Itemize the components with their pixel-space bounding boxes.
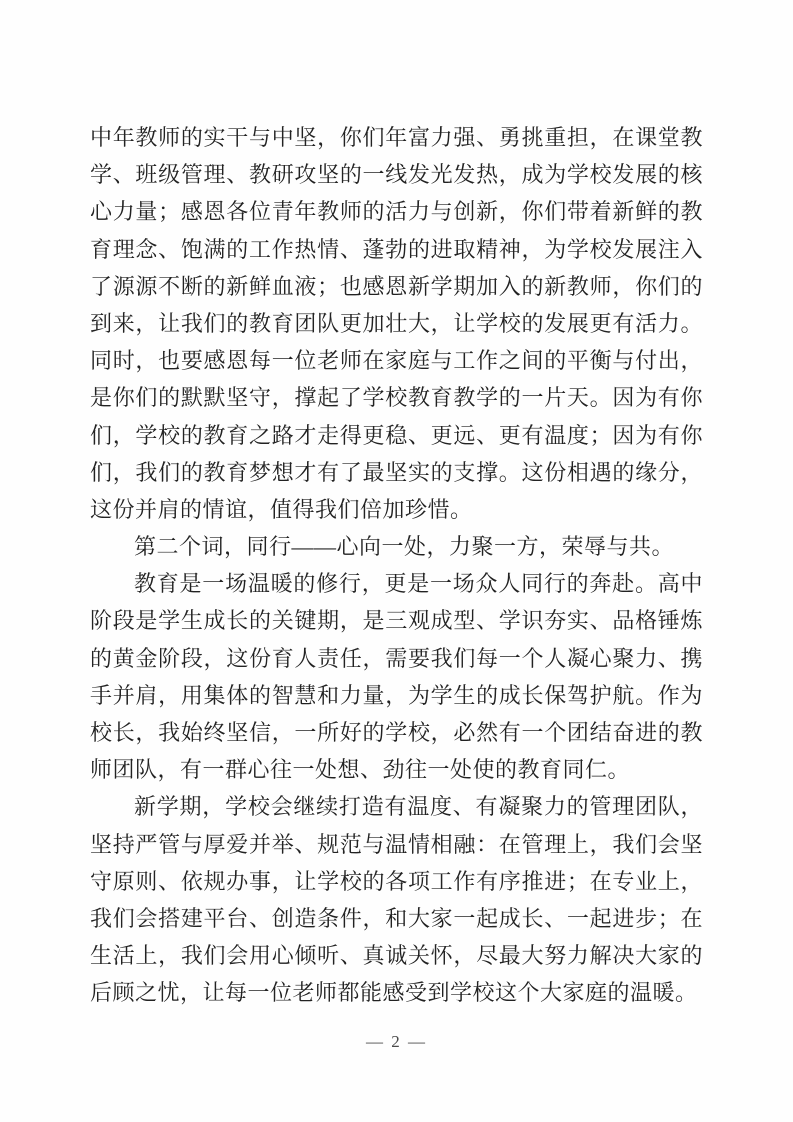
text-line: 这份并肩的情谊，值得我们倍加珍惜。: [90, 491, 703, 528]
paragraph: 新学期，学校会继续打造有温度、有凝聚力的管理团队，坚持严管与厚爱并举、规范与温情…: [90, 788, 703, 1011]
text-line: 是你们的默默坚守，撑起了学校教育教学的一片天。因为有你: [90, 379, 703, 416]
text-line: 同时，也要感恩每一位老师在家庭与工作之间的平衡与付出，: [90, 342, 703, 379]
text-line: 新学期，学校会继续打造有温度、有凝聚力的管理团队，: [90, 788, 703, 825]
text-line: 中年教师的实干与中坚，你们年富力强、勇挑重担，在课堂教: [90, 119, 703, 156]
text-line: 到来，让我们的教育团队更加壮大，让学校的发展更有活力。: [90, 305, 703, 342]
paragraph: 中年教师的实干与中坚，你们年富力强、勇挑重担，在课堂教学、班级管理、教研攻坚的一…: [90, 119, 703, 528]
page-number: — 2 —: [366, 1032, 427, 1051]
document-body: 中年教师的实干与中坚，你们年富力强、勇挑重担，在课堂教学、班级管理、教研攻坚的一…: [90, 119, 703, 1012]
text-line: 阶段是学生成长的关键期，是三观成型、学识夯实、品格锤炼: [90, 602, 703, 639]
text-line: 育理念、饱满的工作热情、蓬勃的进取精神，为学校发展注入: [90, 231, 703, 268]
text-line: 校长，我始终坚信，一所好的学校，必然有一个团结奋进的教: [90, 714, 703, 751]
text-line: 守原则、依规办事，让学校的各项工作有序推进；在专业上，: [90, 863, 703, 900]
text-line: 了源源不断的新鲜血液；也感恩新学期加入的新教师，你们的: [90, 268, 703, 305]
text-line: 生活上，我们会用心倾听、真诚关怀，尽最大努力解决大家的: [90, 937, 703, 974]
text-line: 后顾之忧，让每一位老师都能感受到学校这个大家庭的温暖。: [90, 974, 703, 1011]
page-footer: — 2 —: [0, 1032, 793, 1052]
text-line: 我们会搭建平台、创造条件，和大家一起成长、一起进步；在: [90, 900, 703, 937]
text-line: 学、班级管理、教研攻坚的一线发光发热，成为学校发展的核: [90, 156, 703, 193]
text-line: 教育是一场温暖的修行，更是一场众人同行的奔赴。高中: [90, 565, 703, 602]
paragraph: 第二个词，同行——心向一处，力聚一方，荣辱与共。: [90, 528, 703, 565]
text-line: 的黄金阶段，这份育人责任，需要我们每一个人凝心聚力、携: [90, 640, 703, 677]
text-line: 们，学校的教育之路才走得更稳、更远、更有温度；因为有你: [90, 417, 703, 454]
text-line: 心力量；感恩各位青年教师的活力与创新，你们带着新鲜的教: [90, 193, 703, 230]
text-line: 坚持严管与厚爱并举、规范与温情相融：在管理上，我们会坚: [90, 826, 703, 863]
text-line: 们，我们的教育梦想才有了最坚实的支撑。这份相遇的缘分，: [90, 454, 703, 491]
text-line: 师团队，有一群心往一处想、劲往一处使的教育同仁。: [90, 751, 703, 788]
paragraph: 教育是一场温暖的修行，更是一场众人同行的奔赴。高中阶段是学生成长的关键期，是三观…: [90, 565, 703, 788]
document-page: 中年教师的实干与中坚，你们年富力强、勇挑重担，在课堂教学、班级管理、教研攻坚的一…: [0, 0, 793, 1122]
text-line: 第二个词，同行——心向一处，力聚一方，荣辱与共。: [90, 528, 703, 565]
text-line: 手并肩，用集体的智慧和力量，为学生的成长保驾护航。作为: [90, 677, 703, 714]
